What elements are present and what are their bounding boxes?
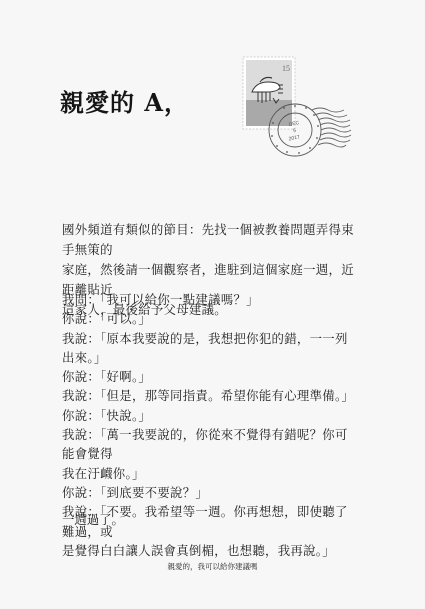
dialogue-line: 你說：「可以。」 (62, 309, 358, 328)
dialogue-line: 我在汙衊你。」 (62, 464, 358, 483)
stamp-postmark-illustration: 15 (240, 54, 355, 169)
dialogue-line: 我說：「原本我要說的是，我想把你犯的錯，一一列出來。」 (62, 329, 358, 368)
dialogue-line: 你說：「好啊。」 (62, 367, 358, 386)
dialogue-line: 我問：「我可以給你一點建議嗎？」 (62, 290, 358, 309)
closing-line: 一週過了。 (62, 510, 124, 530)
intro-line: 國外頻道有類似的節目：先找一個被教養問題弄得束手無策的 (62, 220, 358, 260)
svg-text:5: 5 (293, 128, 297, 134)
cancellation-lines-icon (312, 108, 351, 147)
dialogue-line: 你說：「快說。」 (62, 406, 358, 425)
postage-stamp-icon: 15 (243, 57, 295, 129)
dialogue-line: 你說：「到底要不要說？」 (62, 483, 358, 502)
book-page: 親愛的 A， 15 (0, 0, 425, 609)
svg-text:15: 15 (282, 64, 290, 73)
svg-text:2017: 2017 (288, 134, 300, 142)
dialogue-line: 我說：「但是，那等同指責。希望你能有心理準備。」 (62, 386, 358, 405)
svg-text:DEC: DEC (288, 120, 300, 128)
running-footer: 親愛的，我可以給你建議嗎 (0, 561, 425, 573)
letter-salutation: 親愛的 A， (60, 88, 189, 118)
dialogue-line: 是覺得白白讓人誤會真倒楣，也想聽，我再說。」 (62, 541, 358, 560)
dialogue-line: 我說：「萬一我要說的，你從來不覺得有錯呢？你可能會覺得 (62, 425, 358, 464)
